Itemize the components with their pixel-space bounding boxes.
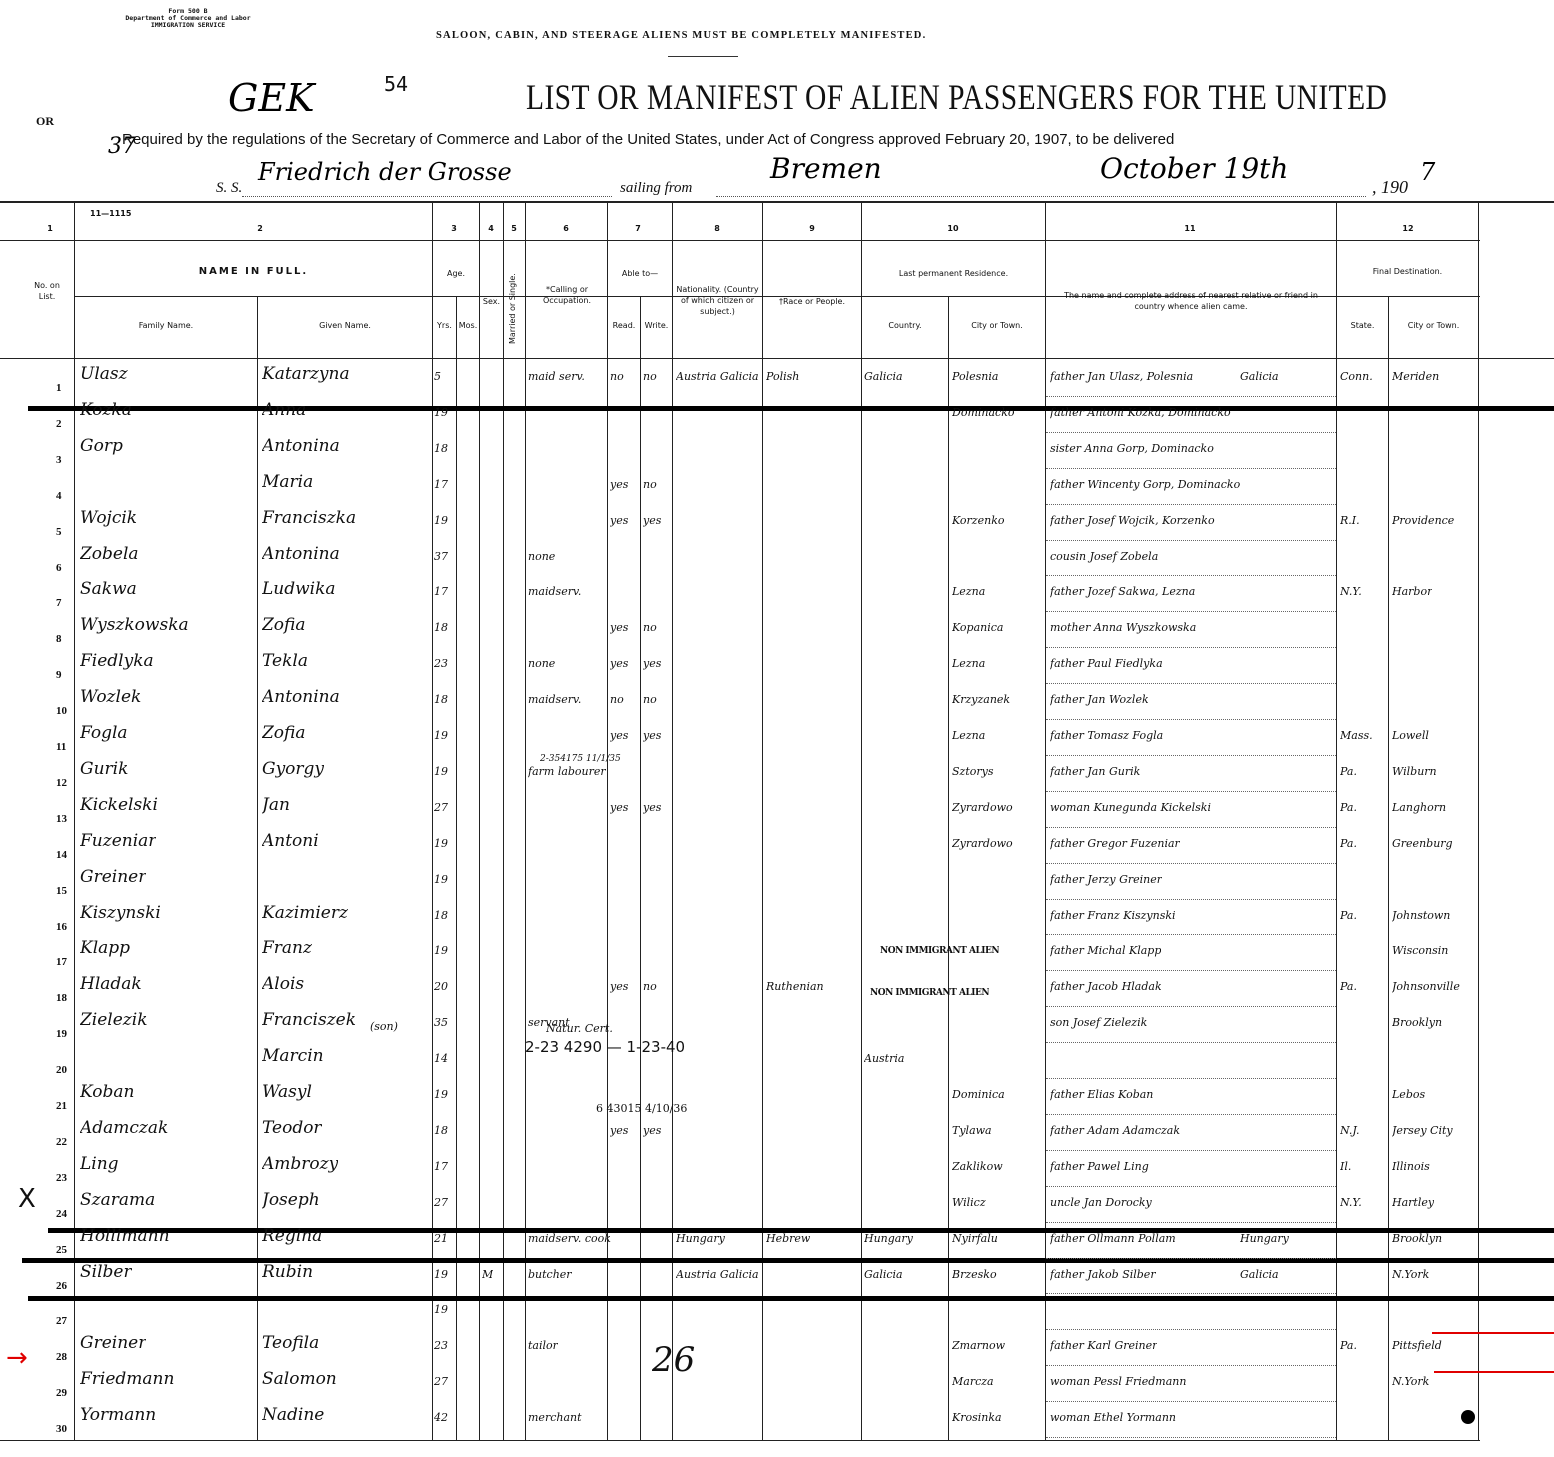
write-cell: yes xyxy=(643,801,661,814)
state-cell: N.Y. xyxy=(1340,585,1362,598)
left-margin-mark: OR xyxy=(36,114,54,129)
calling-cell: none xyxy=(528,657,555,670)
relative-cell: father Jacob Hladak xyxy=(1050,980,1162,993)
ink-blot xyxy=(1461,1410,1475,1424)
age-cell: 23 xyxy=(434,1339,448,1352)
col-number: 2 xyxy=(250,224,270,233)
row12-note: 2-354175 11/1/35 xyxy=(540,754,621,764)
sex-cell: M xyxy=(482,1268,493,1281)
col-number: 4 xyxy=(481,224,501,233)
relative-cell: father Jan Ulasz, Polesnia xyxy=(1050,370,1193,383)
family-name-cell: Gorp xyxy=(80,436,123,456)
relative-cell: woman Pessl Friedmann xyxy=(1050,1375,1186,1388)
row-dotted-rule xyxy=(1046,719,1336,720)
table-top-rule xyxy=(0,201,1554,203)
x-mark-icon: X xyxy=(18,1184,36,1214)
colnum-rule xyxy=(0,240,1480,241)
city-cell: Polesnia xyxy=(952,370,998,383)
calling-cell: tailor xyxy=(528,1339,558,1352)
age-cell: 14 xyxy=(434,1052,448,1065)
calling-cell: maidserv. xyxy=(528,693,581,706)
col-number: 11 xyxy=(1180,224,1200,233)
initials-stamp: GEK xyxy=(228,76,314,120)
family-name-cell: Fuzeniar xyxy=(80,831,156,851)
family-name-cell: Fiedlyka xyxy=(80,651,154,671)
calling-cell: merchant xyxy=(528,1411,582,1424)
row-number: 26 xyxy=(56,1280,74,1292)
col-divider xyxy=(1478,201,1479,1441)
relative-cell: cousin Josef Zobela xyxy=(1050,550,1158,563)
row-dotted-rule xyxy=(1046,1042,1336,1043)
write-cell: no xyxy=(643,693,657,706)
age-cell: 21 xyxy=(434,1232,448,1245)
row-dotted-rule xyxy=(1046,970,1336,971)
dest-city-cell: Wisconsin xyxy=(1392,944,1448,957)
read-cell: yes xyxy=(610,478,628,491)
row-number: 8 xyxy=(56,633,74,645)
country-cell: Galicia xyxy=(864,1268,903,1281)
dest-city-cell: Meriden xyxy=(1392,370,1439,383)
row-dotted-rule xyxy=(1046,1006,1336,1007)
row-number: 10 xyxy=(56,705,74,717)
race-cell: Ruthenian xyxy=(766,980,824,993)
age-cell: 19 xyxy=(434,1268,448,1281)
relative-cell: father Jerzy Greiner xyxy=(1050,873,1162,886)
non-immigrant-stamp: NON IMMIGRANT ALIEN xyxy=(870,988,989,998)
family-name-cell: Ulasz xyxy=(80,364,128,384)
col-divider xyxy=(525,201,526,1441)
row-number: 5 xyxy=(56,526,74,538)
given-name-cell: Antonina xyxy=(262,687,340,707)
family-name-cell: Kickelski xyxy=(80,795,158,815)
row-number: 11 xyxy=(56,741,74,753)
sheet-code: 11—1115 xyxy=(90,209,131,218)
relative-cell: father Karl Greiner xyxy=(1050,1339,1157,1352)
age-cell: 35 xyxy=(434,1016,448,1029)
relative-cell: father Jozef Sakwa, Lezna xyxy=(1050,585,1195,598)
country-cell: Hungary xyxy=(864,1232,913,1245)
required-statement: Required by the regulations of the Secre… xyxy=(122,131,1174,148)
calling-cell: maidserv. xyxy=(528,585,581,598)
header-final-destination: Final Destination. xyxy=(1337,266,1478,277)
city-cell: Dominacko xyxy=(952,406,1014,419)
row23-note: 6 43015 4/10/36 xyxy=(596,1102,687,1115)
relative-cell: father Ollmann Pollam xyxy=(1050,1232,1176,1245)
state-cell: Pa. xyxy=(1340,801,1357,814)
age-cell: 18 xyxy=(434,1124,448,1137)
calling-cell: maid serv. xyxy=(528,370,585,383)
strike-line xyxy=(28,1296,1554,1301)
row-dotted-rule xyxy=(1046,611,1336,612)
dest-city-cell: Lowell xyxy=(1392,729,1429,742)
row-number: 22 xyxy=(56,1136,74,1148)
given-name-cell: Antonina xyxy=(262,436,340,456)
given-name-cell: Joseph xyxy=(262,1190,320,1210)
row-number: 29 xyxy=(56,1387,74,1399)
calling-cell: butcher xyxy=(528,1268,572,1281)
city-cell: Marcza xyxy=(952,1375,994,1388)
relative-cell: father Elias Koban xyxy=(1050,1088,1153,1101)
manifest-banner: SALOON, CABIN, AND STEERAGE ALIENS MUST … xyxy=(436,30,926,41)
dest-city-cell: Providence xyxy=(1392,514,1454,527)
given-name-cell: Nadine xyxy=(262,1405,324,1425)
given-name-cell: Alois xyxy=(262,974,304,994)
relative-cell: father Gregor Fuzeniar xyxy=(1050,837,1180,850)
row-number: 17 xyxy=(56,956,74,968)
given-name-cell: Franz xyxy=(262,938,312,958)
dest-city-cell: Wilburn xyxy=(1392,765,1437,778)
header-no-on-list: No. on List. xyxy=(30,280,64,302)
row-number: 9 xyxy=(56,669,74,681)
write-cell: yes xyxy=(643,729,661,742)
row-number: 18 xyxy=(56,992,74,1004)
age-cell: 17 xyxy=(434,1160,448,1173)
row-number: 16 xyxy=(56,921,74,933)
family-name-cell: Friedmann xyxy=(80,1369,174,1389)
family-name-cell: Kiszynski xyxy=(80,903,161,923)
col-divider xyxy=(762,201,763,1441)
relative-country-cell: Galicia xyxy=(1240,370,1279,383)
row-dotted-rule xyxy=(1046,1401,1336,1402)
header-last-residence: Last permanent Residence. xyxy=(862,268,1045,279)
row-dotted-rule xyxy=(1046,683,1336,684)
row-dotted-rule xyxy=(1046,1258,1336,1259)
relative-cell: father Adam Adamczak xyxy=(1050,1124,1180,1137)
city-cell: Lezna xyxy=(952,657,985,670)
family-name-cell: Sakwa xyxy=(80,579,137,599)
naturalization-number: 2-23 4290 — 1-23-40 xyxy=(525,1038,685,1056)
row30-note: 26 xyxy=(652,1340,695,1380)
given-name-cell: Regina xyxy=(262,1226,322,1246)
header-write: Write. xyxy=(641,320,672,331)
family-name-cell: Silber xyxy=(80,1262,132,1282)
nationality-cell: Austria Galicia xyxy=(676,370,759,383)
given-name-cell: Teofila xyxy=(262,1333,319,1353)
row-dotted-rule xyxy=(1046,540,1336,541)
given-name-cell: Gyorgy xyxy=(262,759,324,779)
row-dotted-rule xyxy=(1046,755,1336,756)
given-name-cell: Teodor xyxy=(262,1118,322,1138)
highlight-line xyxy=(1434,1371,1554,1373)
row-number: 12 xyxy=(56,777,74,789)
row-number: 25 xyxy=(56,1244,74,1256)
naturalization-note: Natur. Cert. xyxy=(546,1022,613,1035)
age-cell: 18 xyxy=(434,621,448,634)
read-cell: yes xyxy=(610,801,628,814)
given-name-cell: Antonina xyxy=(262,544,340,564)
given-name-cell: Katarzyna xyxy=(262,364,350,384)
col-divider xyxy=(1336,201,1337,1441)
row-dotted-rule xyxy=(1046,791,1336,792)
age-cell: 19 xyxy=(434,729,448,742)
write-cell: no xyxy=(643,621,657,634)
dest-city-cell: Brooklyn xyxy=(1392,1016,1442,1029)
given-name-cell: Tekla xyxy=(262,651,308,671)
race-cell: Hebrew xyxy=(766,1232,810,1245)
col-number: 1 xyxy=(40,224,60,233)
state-cell: Conn. xyxy=(1340,370,1373,383)
nationality-cell: Hungary xyxy=(676,1232,725,1245)
family-name-cell: Szarama xyxy=(80,1190,155,1210)
sailing-from-label: sailing from xyxy=(620,180,692,197)
col-number: 12 xyxy=(1398,224,1418,233)
relative-country-cell: Galicia xyxy=(1240,1268,1279,1281)
age-cell: 19 xyxy=(434,1088,448,1101)
relative-cell: father Tomasz Fogla xyxy=(1050,729,1163,742)
col-divider xyxy=(607,201,608,1441)
family-name-cell: Zielezik xyxy=(80,1010,148,1030)
header-married-single: Married or Single. xyxy=(508,264,517,344)
write-cell: no xyxy=(643,478,657,491)
city-cell: Zyrardowo xyxy=(952,801,1013,814)
given-name-cell: Franciszek xyxy=(262,1010,356,1030)
given-name-cell: Jan xyxy=(262,795,290,815)
dest-city-cell: Brooklyn xyxy=(1392,1232,1442,1245)
departure-date: October 19th xyxy=(1100,152,1288,185)
relative-cell: mother Anna Wyszkowska xyxy=(1050,621,1196,634)
given-name-cell: Franciszka xyxy=(262,508,356,528)
age-cell: 19 xyxy=(434,765,448,778)
age-cell: 23 xyxy=(434,657,448,670)
city-cell: Krosinka xyxy=(952,1411,1002,1424)
row-dotted-rule xyxy=(1046,1078,1336,1079)
strike-line xyxy=(28,406,1554,411)
city-cell: Tylawa xyxy=(952,1124,992,1137)
col-number: 7 xyxy=(628,224,648,233)
calling-cell: none xyxy=(528,550,555,563)
row-number: 27 xyxy=(56,1315,74,1327)
row-number: 13 xyxy=(56,813,74,825)
dest-city-cell: Illinois xyxy=(1392,1160,1430,1173)
age-cell: 19 xyxy=(434,514,448,527)
state-cell: Pa. xyxy=(1340,909,1357,922)
given-name-cell: Ludwika xyxy=(262,579,336,599)
age-cell: 19 xyxy=(434,1303,448,1316)
dest-city-cell: N.York xyxy=(1392,1375,1429,1388)
row-dotted-rule xyxy=(1046,1186,1336,1187)
dest-city-cell: Johnstown xyxy=(1392,909,1450,922)
given-name-cell: Rubin xyxy=(262,1262,313,1282)
state-cell: Pa. xyxy=(1340,1339,1357,1352)
row-number: 28 xyxy=(56,1351,74,1363)
age-cell: 17 xyxy=(434,478,448,491)
state-cell: Pa. xyxy=(1340,837,1357,850)
row-number: 14 xyxy=(56,849,74,861)
city-cell: Lezna xyxy=(952,729,985,742)
header-city: City or Town. xyxy=(949,320,1045,331)
relative-cell: father Michal Klapp xyxy=(1050,944,1161,957)
age-cell: 19 xyxy=(434,837,448,850)
age-cell: 42 xyxy=(434,1411,448,1424)
row-dotted-rule xyxy=(1046,863,1336,864)
col-divider xyxy=(479,201,480,1441)
given-name-cell: Zofia xyxy=(262,723,306,743)
header-family-name: Family Name. xyxy=(75,320,257,331)
family-name-cell: Hladak xyxy=(80,974,142,994)
header-nationality: Nationality. (Country of which citizen o… xyxy=(673,284,762,317)
header-name-in-full: NAME IN FULL. xyxy=(75,266,432,277)
form-service: IMMIGRATION SERVICE xyxy=(118,22,258,29)
row-number: 19 xyxy=(56,1028,74,1040)
relative-cell: father Jakob Silber xyxy=(1050,1268,1156,1281)
age-cell: 19 xyxy=(434,873,448,886)
col-number: 6 xyxy=(556,224,576,233)
row-dotted-rule xyxy=(1046,504,1336,505)
dest-city-cell: Harbor xyxy=(1392,585,1432,598)
relative-cell: father Pawel Ling xyxy=(1050,1160,1149,1173)
header-country: Country. xyxy=(862,320,948,331)
dest-city-cell: Pittsfield xyxy=(1392,1339,1442,1352)
header-sex: Sex. xyxy=(480,296,503,307)
city-cell: Sztorys xyxy=(952,765,994,778)
banner-rule xyxy=(668,56,738,57)
family-name-cell: Koban xyxy=(80,1082,134,1102)
state-cell: R.I. xyxy=(1340,514,1360,527)
race-cell: Polish xyxy=(766,370,799,383)
stamp-number: 54 xyxy=(384,72,408,96)
ss-label: S. S. xyxy=(216,180,242,197)
row-number: 1 xyxy=(56,382,74,394)
family-name-cell: Zobela xyxy=(80,544,139,564)
given-name-cell: Maria xyxy=(262,472,313,492)
given-name-cell: Antoni xyxy=(262,831,319,851)
col-divider xyxy=(948,296,949,1441)
read-cell: yes xyxy=(610,657,628,670)
city-cell: Zaklikow xyxy=(952,1160,1003,1173)
family-name-cell: Hollimann xyxy=(80,1226,170,1246)
col-divider xyxy=(432,201,433,1441)
row-number: 21 xyxy=(56,1100,74,1112)
country-cell: Galicia xyxy=(864,370,903,383)
relative-cell: sister Anna Gorp, Dominacko xyxy=(1050,442,1214,455)
ship-name: Friedrich der Grosse xyxy=(258,158,512,186)
write-cell: yes xyxy=(643,514,661,527)
header-given-name: Given Name. xyxy=(258,320,432,331)
row-number: 2 xyxy=(56,418,74,430)
age-cell: 18 xyxy=(434,909,448,922)
country-cell: Austria xyxy=(864,1052,904,1065)
row-number: 20 xyxy=(56,1064,74,1076)
header-read: Read. xyxy=(608,320,640,331)
row-number: 6 xyxy=(56,562,74,574)
city-cell: Zyrardowo xyxy=(952,837,1013,850)
relative-cell: woman Ethel Yormann xyxy=(1050,1411,1176,1424)
row-dotted-rule xyxy=(1046,827,1336,828)
highlight-line xyxy=(1432,1332,1554,1334)
row-number: 23 xyxy=(56,1172,74,1184)
age-cell: 27 xyxy=(434,801,448,814)
write-cell: no xyxy=(643,980,657,993)
col-number: 5 xyxy=(504,224,524,233)
relative-cell: uncle Jan Dorocky xyxy=(1050,1196,1152,1209)
highlight-arrow-icon: → xyxy=(6,1348,28,1368)
year-value: 7 xyxy=(1420,158,1435,186)
row-dotted-rule xyxy=(1046,468,1336,469)
col-number: 10 xyxy=(943,224,963,233)
state-cell: N.Y. xyxy=(1340,1196,1362,1209)
header-state: State. xyxy=(1337,320,1388,331)
state-cell: Mass. xyxy=(1340,729,1373,742)
age-cell: 17 xyxy=(434,585,448,598)
header-race: †Race or People. xyxy=(763,296,861,307)
relative-cell: father Josef Wojcik, Korzenko xyxy=(1050,514,1215,527)
city-cell: Lezna xyxy=(952,585,985,598)
relative-cell: father Antoni Kozka, Dominacko xyxy=(1050,406,1231,419)
read-cell: yes xyxy=(610,621,628,634)
col-divider xyxy=(640,296,641,1441)
write-cell: no xyxy=(643,370,657,383)
row-dotted-rule xyxy=(1046,1114,1336,1115)
header-relative: The name and complete address of nearest… xyxy=(1060,290,1322,312)
col-divider xyxy=(1045,201,1046,1441)
row20-note: (son) xyxy=(370,1020,398,1033)
age-cell: 27 xyxy=(434,1196,448,1209)
row-dotted-rule xyxy=(1046,1437,1336,1438)
col-divider xyxy=(74,201,75,1441)
relative-cell: father Wincenty Gorp, Dominacko xyxy=(1050,478,1240,491)
city-cell: Zmarnow xyxy=(952,1339,1005,1352)
relative-country-cell: Hungary xyxy=(1240,1232,1289,1245)
col-number: 9 xyxy=(802,224,822,233)
family-name-cell: Greiner xyxy=(80,867,146,887)
row-dotted-rule xyxy=(1046,1222,1336,1223)
relative-cell: woman Kunegunda Kickelski xyxy=(1050,801,1211,814)
non-immigrant-stamp: NON IMMIGRANT ALIEN xyxy=(880,946,999,956)
age-cell: 18 xyxy=(434,442,448,455)
col-divider xyxy=(503,201,504,1441)
family-name-cell: Wozlek xyxy=(80,687,141,707)
family-name-cell: Fogla xyxy=(80,723,128,743)
relative-cell: father Jan Gurik xyxy=(1050,765,1140,778)
row-dotted-rule xyxy=(1046,1365,1336,1366)
dest-city-cell: Johnsonville xyxy=(1392,980,1460,993)
row-dotted-rule xyxy=(1046,1150,1336,1151)
row-dotted-rule xyxy=(1046,647,1336,648)
city-cell: Korzenko xyxy=(952,514,1004,527)
header-calling: *Calling or Occupation. xyxy=(527,284,607,306)
page-title: LIST OR MANIFEST OF ALIEN PASSENGERS FOR… xyxy=(526,76,1387,118)
col-divider xyxy=(861,201,862,1441)
header-mos: Mos. xyxy=(457,320,479,331)
given-name-cell: Ambrozy xyxy=(262,1154,338,1174)
family-name-cell: Gurik xyxy=(80,759,128,779)
family-name-cell: Klapp xyxy=(80,938,130,958)
city-cell: Brzesko xyxy=(952,1268,997,1281)
strike-line xyxy=(22,1258,1554,1263)
dest-city-cell: Lebos xyxy=(1392,1088,1425,1101)
col-divider xyxy=(456,296,457,1441)
col-divider xyxy=(672,201,673,1441)
form-id-block: Form 500 B Department of Commerce and La… xyxy=(118,8,258,29)
age-cell: 19 xyxy=(434,406,448,419)
row-dotted-rule xyxy=(1046,575,1336,576)
city-cell: Dominica xyxy=(952,1088,1005,1101)
age-cell: 5 xyxy=(434,370,441,383)
row-dotted-rule xyxy=(1046,934,1336,935)
relative-cell: son Josef Zielezik xyxy=(1050,1016,1147,1029)
given-name-cell: Marcin xyxy=(262,1046,324,1066)
calling-cell: maidserv. cook xyxy=(528,1232,611,1245)
dest-city-cell: Hartley xyxy=(1392,1196,1434,1209)
nationality-cell: Austria Galicia xyxy=(676,1268,759,1281)
write-cell: yes xyxy=(643,1124,661,1137)
col-divider xyxy=(257,296,258,1441)
header-able-to: Able to— xyxy=(608,268,672,279)
read-cell: no xyxy=(610,370,624,383)
read-cell: yes xyxy=(610,1124,628,1137)
write-cell: yes xyxy=(643,657,661,670)
row-dotted-rule xyxy=(1046,1293,1336,1294)
